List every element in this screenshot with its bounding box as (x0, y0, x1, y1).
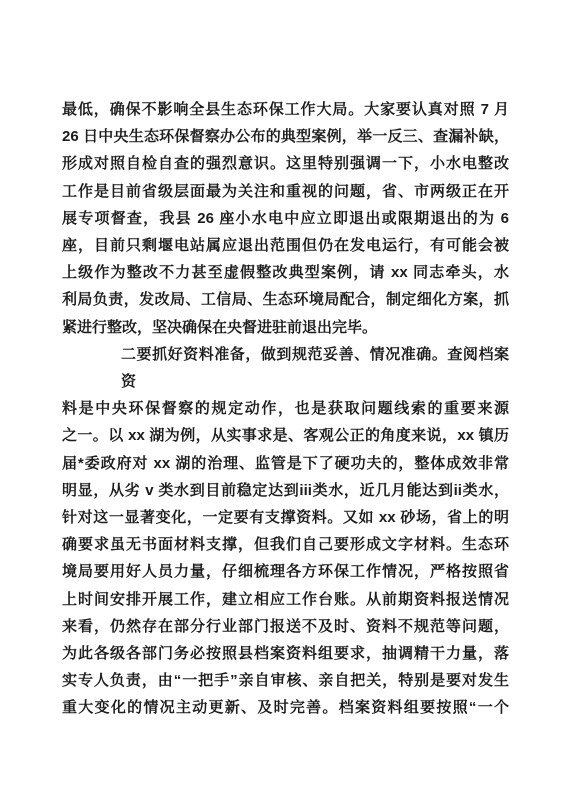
text-line: 为此各级各部门务必按照县档案资料组要求，抽调精干力量，落 (62, 640, 509, 667)
text-line: 最低，确保不影响全县生态环保工作大局。大家要认真对照 7 月 (62, 96, 509, 123)
text-line: 针对这一显著变化，一定要有支撑资料。又如 xx 砂场，省上的明 (62, 504, 509, 531)
text-line: 利局负责，发改局、工信局、生态环境局配合，制定细化方案，抓 (62, 286, 509, 313)
text-line: 届*委政府对 xx 湖的治理、监管是下了硬功夫的，整体成效非常 (62, 450, 509, 477)
text-line: 上时间安排开展工作，建立相应工作台账。从前期资料报送情况 (62, 586, 509, 613)
text-line: 二要抓好资料准备，做到规范妥善、情况准确。查阅档案资 (62, 341, 509, 395)
text-line: 之一。以 xx 湖为例，从实事求是、客观公正的角度来说，xx 镇历 (62, 422, 509, 449)
text-line: 料是中央环保督察的规定动作，也是获取问题线索的重要来源 (62, 395, 509, 422)
text-line: 紧进行整改，坚决确保在央督进驻前退出完毕。 (62, 314, 509, 341)
text-line: 形成对照自检自查的强烈意识。这里特别强调一下，小水电整改 (62, 150, 509, 177)
text-line: 工作是目前省级层面最为关注和重视的问题，省、市两级正在开 (62, 178, 509, 205)
text-line: 重大变化的情况主动更新、及时完善。档案资料组要按照“一个 (62, 694, 509, 721)
text-line: 确要求虽无书面材料支撑，但我们自己要形成文字材料。生态环 (62, 531, 509, 558)
document-page: 最低，确保不影响全县生态环保工作大局。大家要认真对照 7 月 26 日中央生态环… (0, 0, 570, 807)
text-line: 上级作为整改不力甚至虚假整改典型案例，请 xx 同志牵头，水 (62, 259, 509, 286)
text-line: 境局要用好人员力量，仔细梳理各方环保工作情况，严格按照省 (62, 558, 509, 585)
text-line: 26 日中央生态环保督察办公布的典型案例，举一反三、查漏补缺， (62, 123, 509, 150)
text-block: 最低，确保不影响全县生态环保工作大局。大家要认真对照 7 月 26 日中央生态环… (62, 96, 509, 722)
text-line: 座，目前只剩堰电站属应退出范围但仍在发电运行，有可能会被 (62, 232, 509, 259)
text-line: 来看，仍然存在部分行业部门报送不及时、资料不规范等问题， (62, 613, 509, 640)
text-line: 实专人负责，由“一把手”亲自审核、亲自把关，特别是要对发生 (62, 667, 509, 694)
text-line: 展专项督查，我县 26 座小水电中应立即退出或限期退出的为 6 (62, 205, 509, 232)
text-line: 明显，从劣 v 类水到目前稳定达到iii类水，近几月能达到ii类水， (62, 477, 509, 504)
